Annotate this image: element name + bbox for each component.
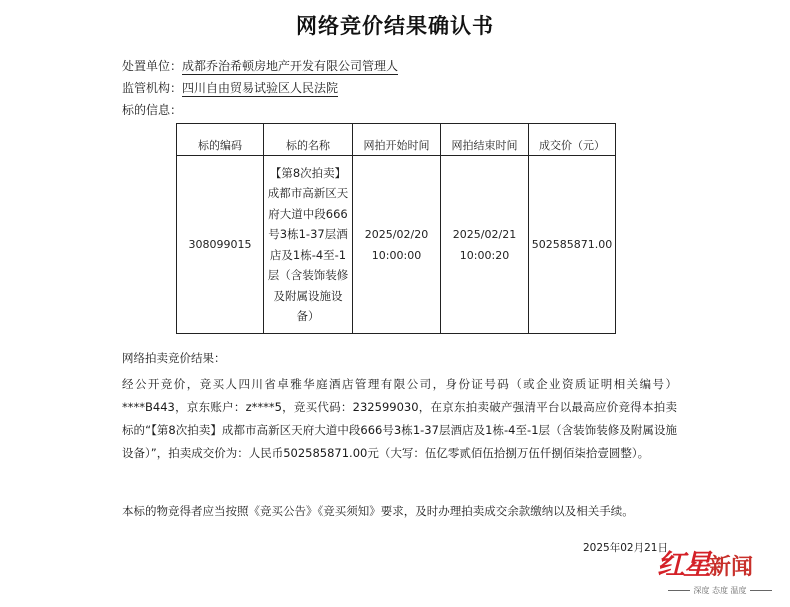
hongxing-news-watermark: 红星新闻 深度 态度 温度 — [655, 543, 785, 603]
supervisor-field: 监管机构：四川自由贸易试验区人民法院 — [122, 80, 338, 96]
disposal-unit-value: 成都乔治希顿房地产开发有限公司管理人 — [182, 59, 398, 75]
lot-code-cell: 308099015 — [177, 156, 264, 334]
start-date: 2025/02/20 — [365, 228, 428, 241]
watermark-logo: 红星新闻 — [657, 543, 753, 583]
start-time-cell: 2025/02/20 10:00:00 — [353, 156, 441, 334]
start-clock: 10:00:00 — [372, 249, 421, 262]
table-header-row: 标的编码 标的名称 网拍开始时间 网拍结束时间 成交价（元） — [177, 124, 616, 156]
disposal-unit-label: 处置单位： — [122, 59, 182, 73]
header-lot-code: 标的编码 — [177, 124, 264, 156]
document-title: 网络竞价结果确认书 — [0, 10, 790, 40]
header-start-time: 网拍开始时间 — [353, 124, 441, 156]
price-cell: 502585871.00 — [529, 156, 616, 334]
end-time-cell: 2025/02/21 10:00:20 — [441, 156, 529, 334]
lot-info-label: 标的信息： — [122, 102, 182, 118]
supervisor-label: 监管机构： — [122, 81, 182, 95]
supervisor-value: 四川自由贸易试验区人民法院 — [182, 81, 338, 97]
table-row: 308099015 【第8次拍卖】成都市高新区天府大道中段666号3栋1-37层… — [177, 156, 616, 334]
watermark-tagline: 深度 态度 温度 — [655, 585, 785, 596]
buyer-note: 本标的物竞得者应当按照《竞买公告》《竞买须知》要求，及时办理拍卖成交余款缴纳以及… — [122, 503, 634, 519]
tagline-text: 深度 态度 温度 — [693, 586, 746, 595]
header-end-time: 网拍结束时间 — [441, 124, 529, 156]
lot-name-cell: 【第8次拍卖】成都市高新区天府大道中段666号3栋1-37层酒店及1栋-4至-1… — [264, 156, 353, 334]
header-price: 成交价（元） — [529, 124, 616, 156]
tagline-rule-right — [750, 590, 772, 591]
disposal-unit-field: 处置单位：成都乔治希顿房地产开发有限公司管理人 — [122, 58, 398, 74]
result-heading: 网络拍卖竞价结果： — [122, 350, 226, 366]
watermark-brand-news: 新闻 — [709, 554, 753, 580]
watermark-brand-brush: 红星 — [657, 548, 709, 581]
end-date: 2025/02/21 — [453, 228, 516, 241]
lot-table: 标的编码 标的名称 网拍开始时间 网拍结束时间 成交价（元） 308099015… — [176, 123, 616, 334]
tagline-rule-left — [668, 590, 690, 591]
result-paragraph: 经公开竞价，竞买人四川省卓雅华庭酒店管理有限公司，身份证号码（或企业资质证明相关… — [122, 373, 677, 465]
end-clock: 10:00:20 — [460, 249, 509, 262]
header-lot-name: 标的名称 — [264, 124, 353, 156]
